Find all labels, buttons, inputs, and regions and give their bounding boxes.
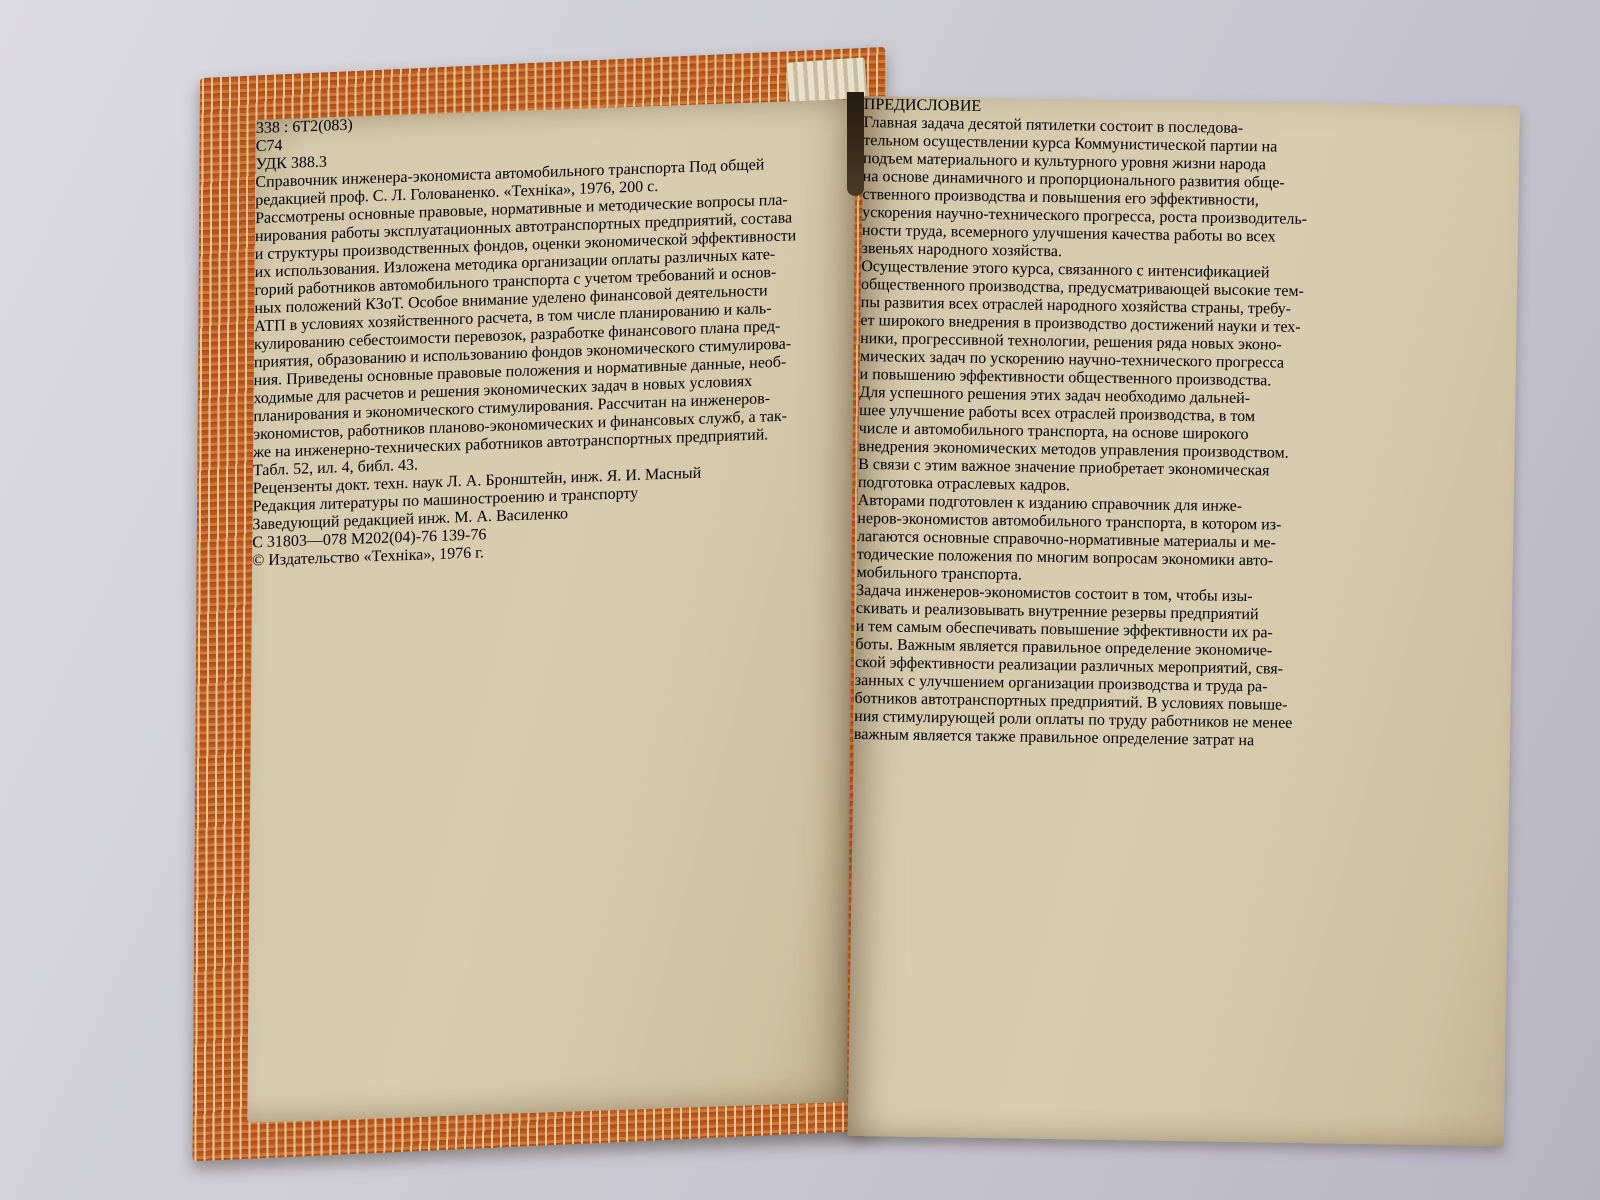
annotation-block: Рассмотрены основные правовые, нормативн… [253,189,855,462]
imprint-denominator: М202(04)-76 [351,528,437,548]
imprint-numerator: 31803—078 [267,531,347,551]
reviewer-name: Я. И. Масный [607,465,702,485]
title-spaced-text: Под общей [689,156,764,176]
imprint-letter: С [252,534,263,551]
left-page: 338 : 6Т2(083) С74 УДК 388.3 Справочник … [247,99,855,1123]
gutter-dark-slot [847,92,864,196]
imprint-suffix: 139-76 [441,526,486,545]
preface-body: Главная задача десятой пятилетки состоит… [854,114,1520,754]
editor-name: М. А. Василенко [454,505,568,526]
reviewers-mid: , инж. [563,468,607,487]
right-page: ПРЕДИСЛОВИЕ Главная задача десятой пятил… [848,96,1520,1146]
photo-background: 338 : 6Т2(083) С74 УДК 388.3 Справочник … [0,0,1600,1200]
